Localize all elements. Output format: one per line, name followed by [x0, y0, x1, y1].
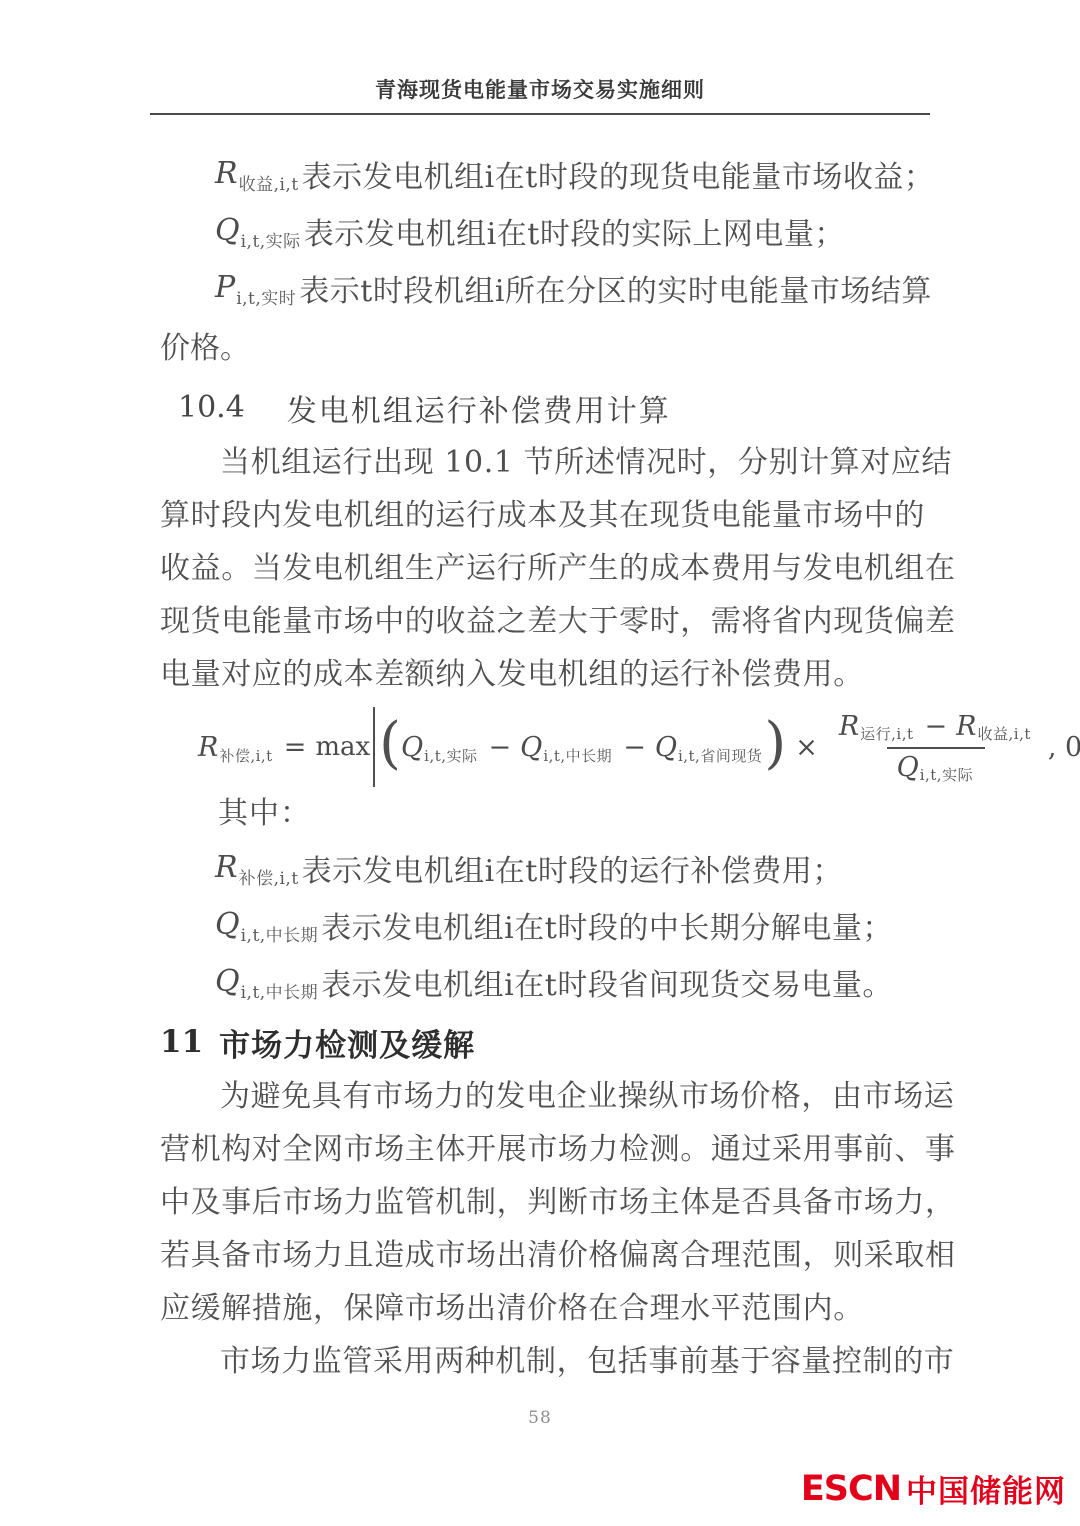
- paragraph-line: 收益。当发电机组生产运行所产生的成本费用与发电机组在: [160, 542, 920, 595]
- definition-text: 表示t时段机组i所在分区的实时电能量市场结算: [299, 266, 932, 310]
- paragraph-line: 若具备市场力且造成市场出清价格偏离合理范围，则采取相: [160, 1229, 920, 1282]
- formula-term1-subscript: i,t,实际: [424, 745, 477, 766]
- definition-text: 表示发电机组i在t时段的实际上网电量；: [304, 209, 845, 253]
- compensation-formula: R补偿,i,t = max ( Qi,t,实际 − Qi,t,中长期 − Qi,…: [198, 707, 920, 787]
- document-body: R收益,i,t表示发电机组i在t时段的现货电能量市场收益； Qi,t,实际表示发…: [160, 115, 920, 1388]
- definition-row-realtime-price: Pi,t,实时表示t时段机组i所在分区的实时电能量市场结算: [160, 259, 920, 316]
- paragraph-line: 当机组运行出现 10.1 节所述情况时，分别计算对应结: [160, 436, 920, 489]
- paragraph-line: 营机构对全网市场主体开展市场力检测。通过采用事前、事: [160, 1123, 920, 1176]
- minus-sign: −: [623, 732, 646, 763]
- denominator-subscript: i,t,实际: [920, 766, 973, 785]
- close-parenthesis: ): [764, 716, 786, 772]
- formula-comma-zero: , 0: [1048, 732, 1080, 763]
- formula-term1-variable: Q: [401, 732, 423, 763]
- page-header: 青海现货电能量市场交易实施细则: [150, 74, 930, 115]
- math-variable: Q: [215, 907, 240, 942]
- section-title: 发电机组运行补偿费用计算: [287, 386, 671, 430]
- denominator-variable: Q: [897, 751, 919, 785]
- numerator-subscript-1: 运行,i,t: [860, 725, 913, 744]
- header-title: 青海现货电能量市场交易实施细则: [150, 74, 930, 104]
- escn-logo-cn-text: 中国储能网: [906, 1466, 1066, 1511]
- escn-logo: ESCN 中国储能网: [801, 1466, 1066, 1511]
- definition-text: 表示发电机组i在t时段的运行补偿费用；: [302, 846, 843, 890]
- paragraph-line: 现货电能量市场中的收益之差大于零时，需将省内现货偏差: [160, 595, 920, 648]
- formula-term3-subscript: i,t,省间现货: [678, 745, 762, 766]
- minus-sign: −: [925, 710, 948, 744]
- section-number: 11: [160, 1024, 203, 1060]
- definition-row-actual-energy: Qi,t,实际表示发电机组i在t时段的实际上网电量；: [160, 202, 920, 259]
- formula-term2-variable: Q: [520, 732, 542, 763]
- numerator-variable-1: R: [839, 710, 859, 744]
- definition-row-compensation: R补偿,i,t表示发电机组i在t时段的运行补偿费用；: [160, 839, 920, 896]
- math-subscript: 补偿,i,t: [239, 864, 299, 889]
- definition-row-midlongterm: Qi,t,中长期表示发电机组i在t时段的中长期分解电量；: [160, 896, 920, 953]
- math-variable: R: [215, 156, 238, 191]
- numerator-subscript-2: 收益,i,t: [978, 725, 1031, 744]
- formula-lhs-variable: R: [198, 732, 218, 763]
- formula-fraction: R运行,i,t − R收益,i,t Qi,t,实际: [831, 710, 1041, 785]
- definition-text: 表示发电机组i在t时段省间现货交易电量。: [321, 960, 893, 1004]
- paragraph-line: 电量对应的成本差额纳入发电机组的运行补偿费用。: [160, 648, 920, 701]
- math-subscript: i,t,中长期: [241, 921, 319, 946]
- paragraph-line: 应缓解措施，保障市场出清价格在合理水平范围内。: [160, 1282, 920, 1335]
- numerator-variable-2: R: [956, 710, 976, 744]
- definition-row-revenue: R收益,i,t表示发电机组i在t时段的现货电能量市场收益；: [160, 145, 920, 202]
- math-subscript: i,t,中长期: [241, 978, 319, 1003]
- open-parenthesis: (: [379, 716, 401, 772]
- definition-text: 表示发电机组i在t时段的中长期分解电量；: [321, 903, 893, 947]
- math-variable: R: [215, 850, 238, 885]
- among-label: 其中：: [160, 789, 920, 839]
- formula-term3-variable: Q: [655, 732, 677, 763]
- document-page: 青海现货电能量市场交易实施细则 R收益,i,t表示发电机组i在t时段的现货电能量…: [0, 0, 1080, 1526]
- section-heading-11: 11 市场力检测及缓解: [160, 1014, 920, 1070]
- formula-term2-subscript: i,t,中长期: [543, 745, 612, 766]
- fraction-numerator: R运行,i,t − R收益,i,t: [831, 710, 1041, 747]
- definition-text: 表示发电机组i在t时段的现货电能量市场收益；: [302, 152, 935, 196]
- math-subscript: i,t,实时: [236, 284, 296, 309]
- math-variable: P: [215, 270, 235, 305]
- left-square-bracket: [373, 707, 375, 787]
- formula-lhs-subscript: 补偿,i,t: [219, 745, 272, 766]
- definition-continuation-line: 价格。: [160, 316, 920, 373]
- paragraph-line: 中及事后市场力监管机制，判断市场主体是否具备市场力，: [160, 1176, 920, 1229]
- times-sign: ×: [795, 732, 818, 763]
- minus-sign: −: [489, 732, 512, 763]
- definition-row-interprovincial: Qi,t,中长期表示发电机组i在t时段省间现货交易电量。: [160, 953, 920, 1010]
- math-subscript: 收益,i,t: [239, 170, 299, 195]
- equals-sign: =: [284, 732, 307, 763]
- math-subscript: i,t,实际: [241, 227, 301, 252]
- math-variable: Q: [215, 213, 240, 248]
- paragraph-line: 算时段内发电机组的运行成本及其在现货电能量市场中的: [160, 489, 920, 542]
- math-variable: Q: [215, 964, 240, 999]
- section-number: 10.4: [178, 390, 245, 425]
- section-title: 市场力检测及缓解: [219, 1020, 475, 1065]
- page-number: 58: [0, 1408, 1080, 1428]
- paragraph-line: 市场力监管采用两种机制，包括事前基于容量控制的市: [160, 1335, 920, 1388]
- paragraph-line: 为避免具有市场力的发电企业操纵市场价格，由市场运: [160, 1070, 920, 1123]
- fraction-denominator: Qi,t,实际: [887, 747, 986, 785]
- max-operator: max: [315, 732, 370, 762]
- escn-logo-en-text: ESCN: [801, 1469, 901, 1509]
- section-heading-10-4: 10.4 发电机组运行补偿费用计算: [160, 379, 920, 436]
